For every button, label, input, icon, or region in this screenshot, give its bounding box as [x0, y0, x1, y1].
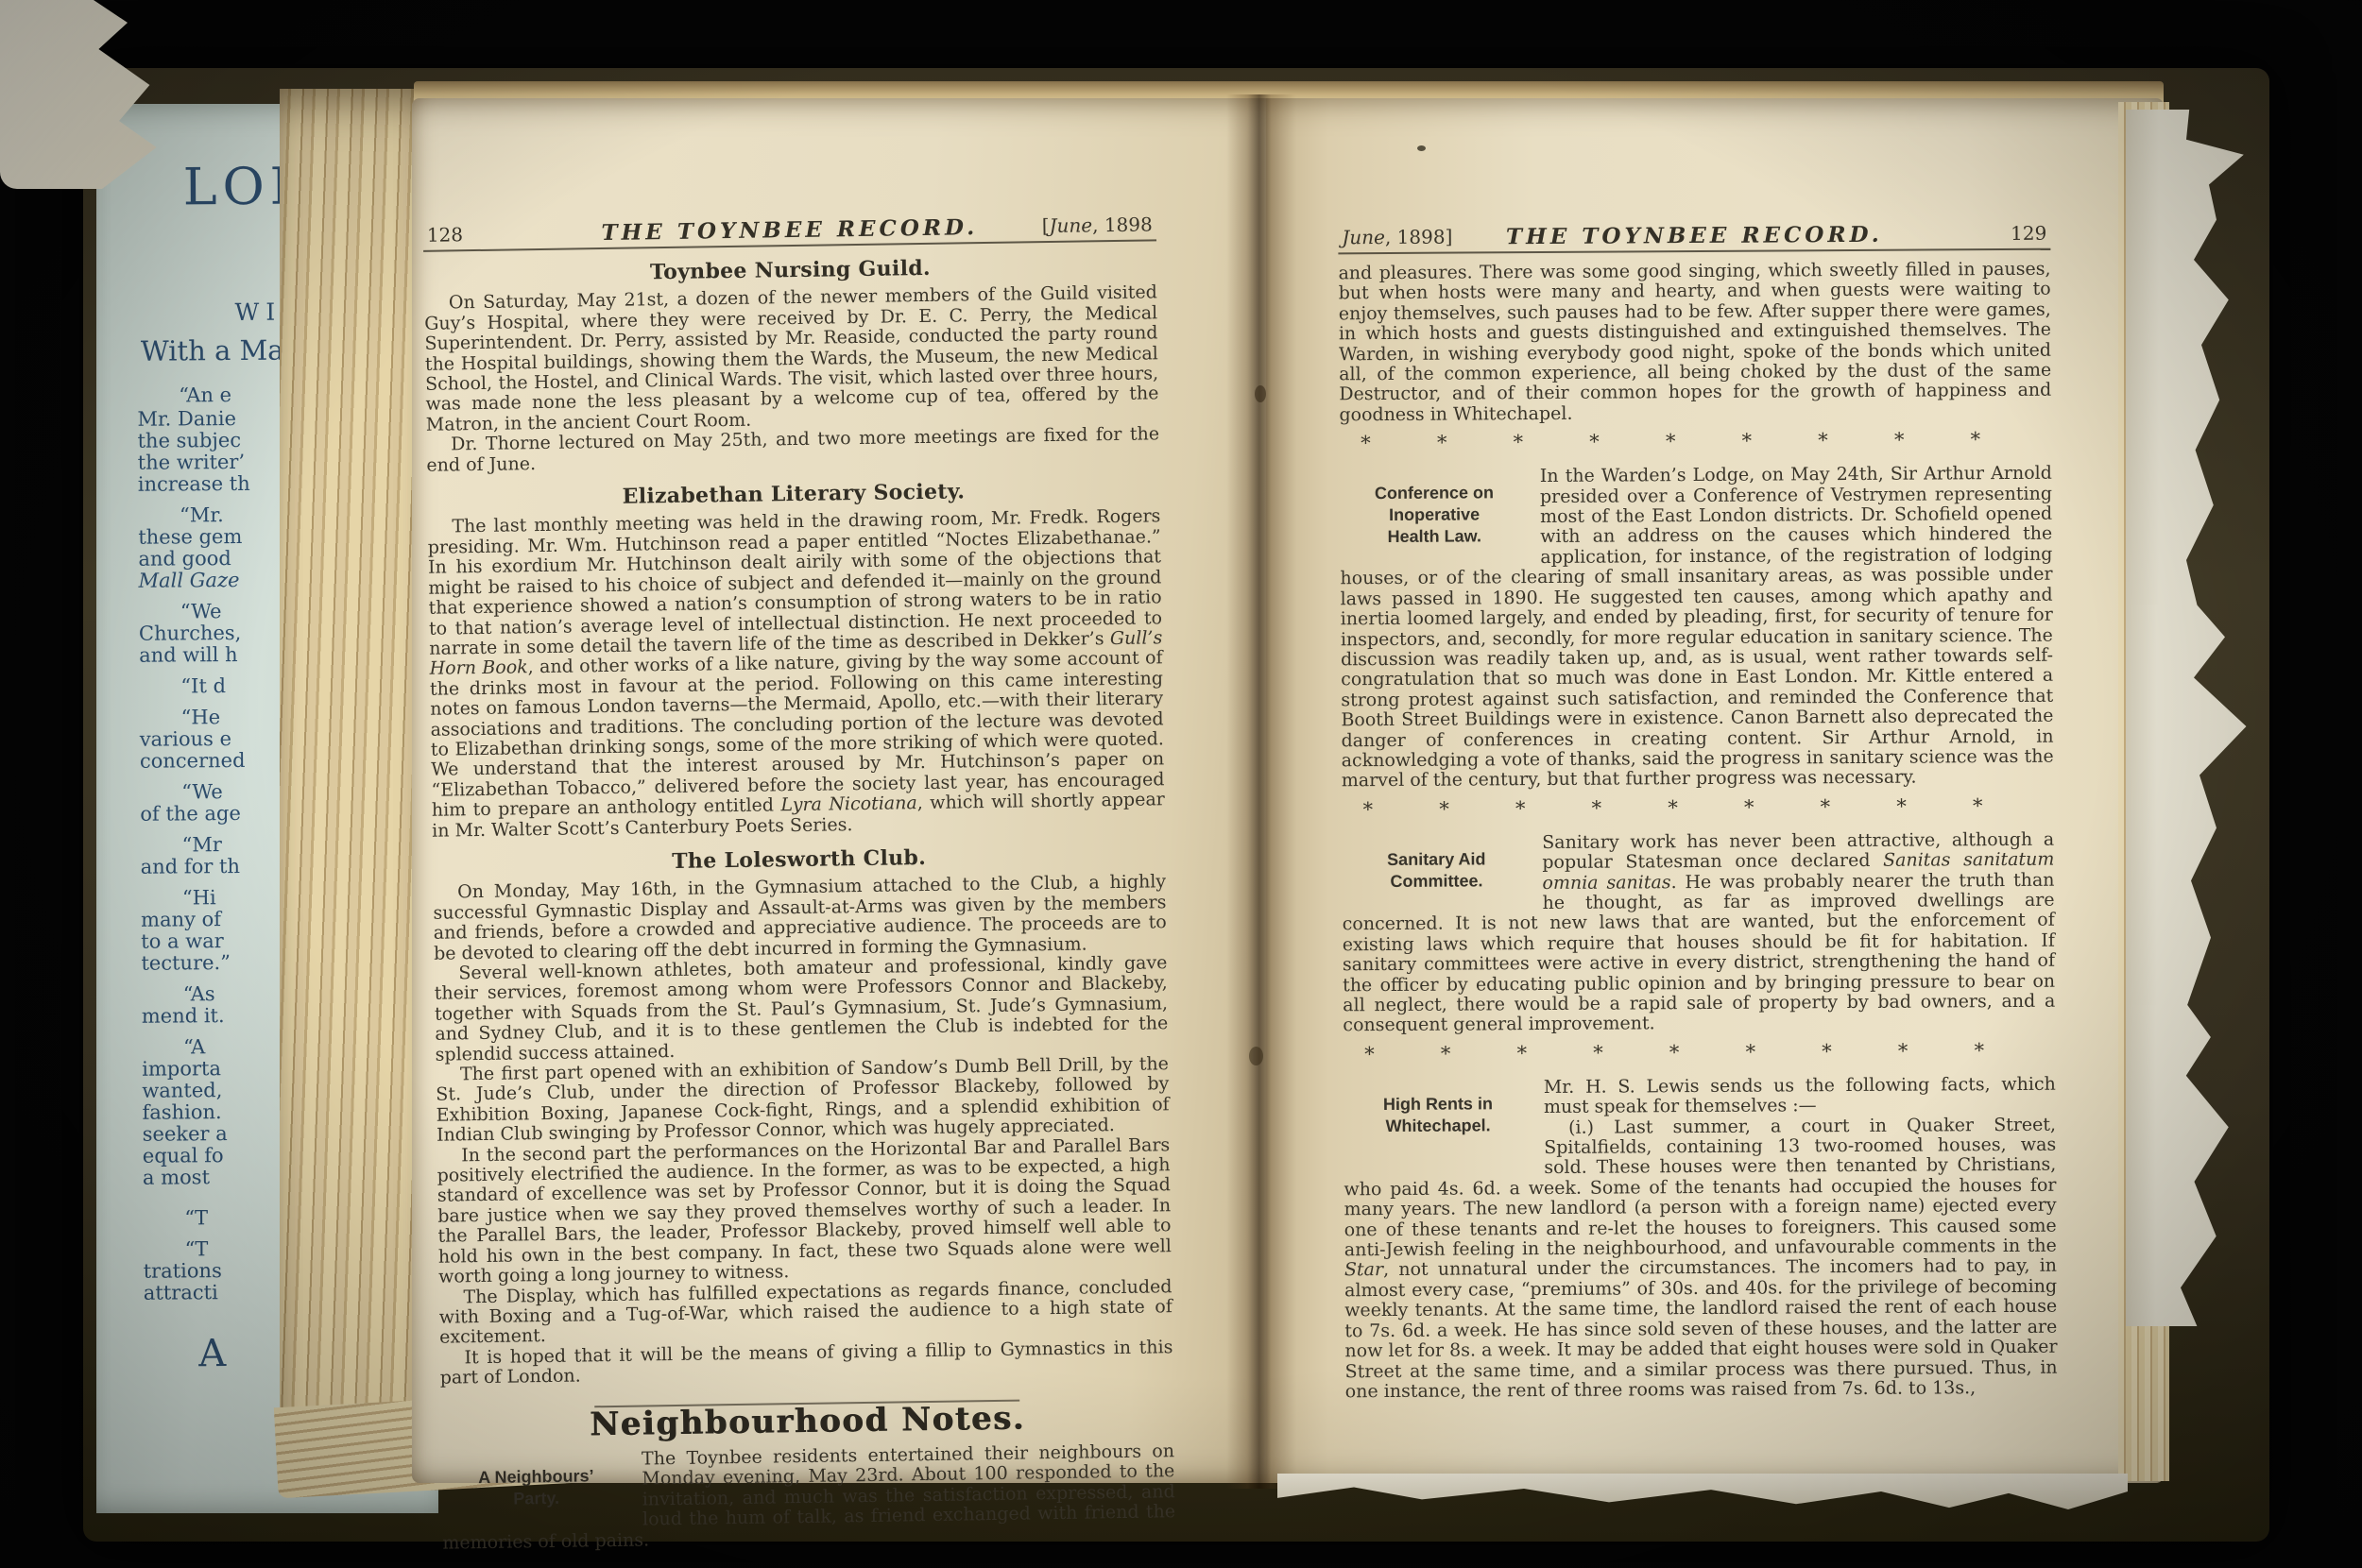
paragraph: On Saturday, May 21st, a dozen of the ne… [424, 283, 1159, 435]
paragraph: On Monday, May 16th, in the Gymnasium at… [433, 873, 1167, 964]
margin-heading: Sanitary Aid Committee. [1342, 833, 1529, 900]
margin-heading: Conference on Inoperative Health Law. [1340, 467, 1528, 554]
paragraph: The first part opened with an exhibition… [436, 1054, 1170, 1146]
gutter-nick [1249, 1047, 1263, 1065]
section-heading: Elizabethan Literary Society. [427, 479, 1160, 510]
paragraph: Dr. Thorne lectured on May 25th, and two… [426, 425, 1160, 476]
binding-gutter-shadow [1226, 94, 1296, 1489]
issue-date: [June, 1898 [1042, 214, 1153, 236]
left-page-edges [280, 89, 423, 1487]
left-page-content: 128 THE TOYNBEE RECORD. [June, 1898 Toyn… [423, 204, 1176, 1553]
right-page-header: June, 1898] THE TOYNBEE RECORD. 129 [1338, 213, 2050, 248]
article-conference: Conference on Inoperative Health Law. In… [1340, 464, 2054, 792]
margin-heading: High Rents in Whitechapel. [1344, 1078, 1532, 1166]
section-heading: The Lolesworth Club. [433, 844, 1166, 876]
article-high-rents: High Rents in Whitechapel. Mr. H. S. Lew… [1344, 1075, 2058, 1403]
paragraph: Several well-known athletes, both amateu… [434, 953, 1169, 1065]
paragraph: The last monthly meeting was held in the… [427, 507, 1165, 842]
right-page: June, 1898] THE TOYNBEE RECORD. 129 and … [1266, 98, 2164, 1483]
paper-speck [1417, 145, 1426, 151]
page-number: 129 [2011, 223, 2046, 244]
header-rule [1338, 248, 2050, 255]
open-book-photo: LONWITHWith a Map“An eMr. Daniethe subje… [0, 0, 2362, 1568]
right-page-content: June, 1898] THE TOYNBEE RECORD. 129 and … [1338, 213, 2058, 1403]
notes-heading: Neighbourhood Notes. [440, 1406, 1173, 1438]
margin-heading: A Neighbours’ Party. [441, 1450, 629, 1519]
gutter-nick [1255, 385, 1266, 402]
left-page-header: 128 THE TOYNBEE RECORD. [June, 1898 [423, 204, 1156, 246]
article-sanitary-aid: Sanitary Aid Committee. Sanitary work ha… [1342, 829, 2055, 1036]
journal-title: THE TOYNBEE RECORD. [1338, 223, 2050, 247]
asterisk-separator: ********* [1364, 1041, 1984, 1070]
paragraph: and pleasures. There was some good singi… [1338, 260, 2051, 426]
section-heading: Toynbee Nursing Guild. [423, 255, 1156, 286]
left-page: 128 THE TOYNBEE RECORD. [June, 1898 Toyn… [412, 98, 1266, 1483]
asterisk-separator: ********* [1363, 796, 1983, 826]
paragraph: In the second part the performances on t… [436, 1135, 1172, 1287]
asterisk-separator: ********* [1361, 430, 1980, 459]
article-neighbours-party: A Neighbours’ Party. The Toynbee residen… [441, 1441, 1176, 1554]
paragraph: It is hoped that it will be the means of… [439, 1338, 1173, 1389]
